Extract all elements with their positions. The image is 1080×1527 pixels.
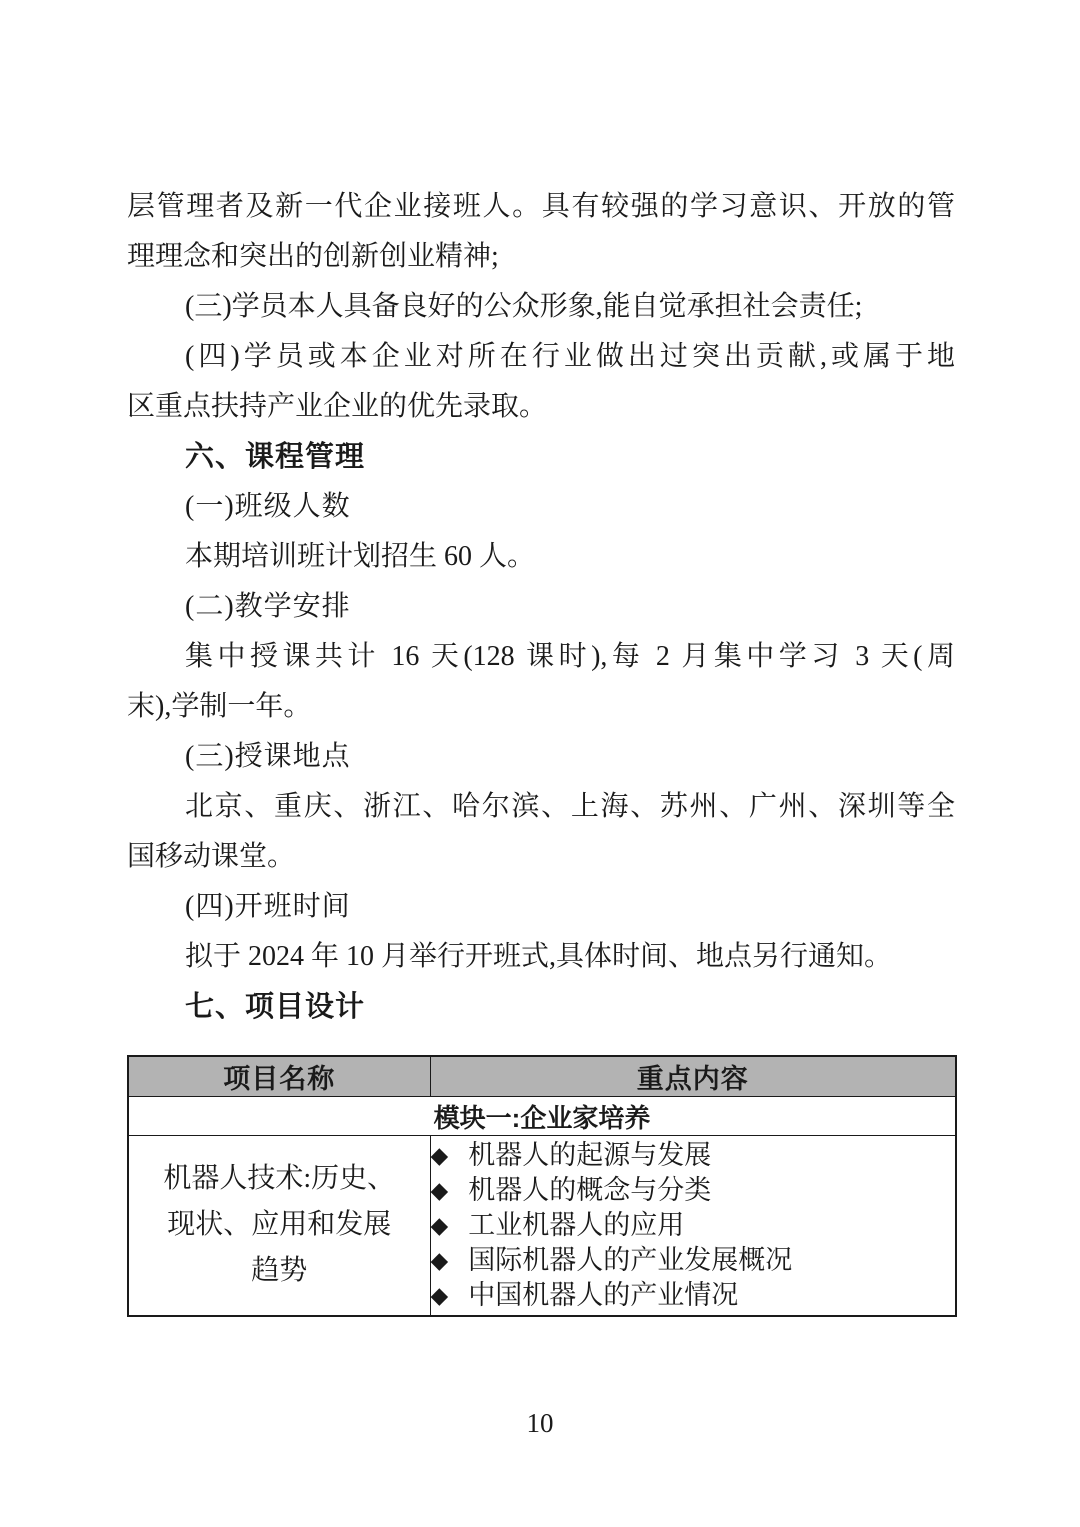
project-name-line: 机器人技术:历史、 [129,1156,430,1202]
table-header-row: 项目名称 重点内容 [128,1056,956,1097]
table-module-row: 模块一:企业家培养 [128,1097,956,1136]
subsection-heading-3: (三)授课地点 [127,732,955,782]
key-content-cell: ◆ 机器人的起源与发展 ◆ 机器人的概念与分类 ◆ 工业机器人的应用 ◆ 国际机… [430,1136,956,1316]
diamond-bullet-icon: ◆ [431,1249,449,1272]
bullet-item-text: 工业机器人的应用 [468,1208,684,1243]
page-number: 10 [0,1408,1080,1439]
table-header-key-content: 重点内容 [430,1056,956,1097]
paragraph-line: 理理念和突出的创新创业精神; [127,232,955,282]
paragraph-line: 层管理者及新一代企业接班人。具有较强的学习意识、开放的管 [127,182,955,232]
document-body: 层管理者及新一代企业接班人。具有较强的学习意识、开放的管 理理念和突出的创新创业… [127,182,955,1032]
table-header-project-name: 项目名称 [128,1056,430,1097]
paragraph-line: 本期培训班计划招生 60 人。 [127,532,955,582]
bullet-item-text: 中国机器人的产业情况 [468,1278,738,1313]
bullet-item: ◆ 机器人的起源与发展 [431,1138,956,1173]
paragraph-line: 拟于 2024 年 10 月举行开班式,具体时间、地点另行通知。 [127,932,955,982]
bullet-item: ◆ 中国机器人的产业情况 [431,1278,956,1313]
bullet-item: ◆ 工业机器人的应用 [431,1208,956,1243]
subsection-heading-1: (一)班级人数 [127,482,955,532]
subsection-heading-4: (四)开班时间 [127,882,955,932]
paragraph-line: 集中授课共计 16 天(128 课时),每 2 月集中学习 3 天(周 [127,632,955,682]
section-heading-7: 七、项目设计 [127,982,955,1032]
bullet-item-text: 机器人的概念与分类 [468,1173,711,1208]
bullet-item: ◆ 国际机器人的产业发展概况 [431,1243,956,1278]
paragraph-line: 末),学制一年。 [127,682,955,732]
diamond-bullet-icon: ◆ [431,1214,449,1237]
list-item-3: (三)学员本人具备良好的公众形象,能自觉承担社会责任; [127,282,955,332]
bullet-item-text: 国际机器人的产业发展概况 [468,1243,792,1278]
bullet-item-text: 机器人的起源与发展 [468,1138,711,1173]
bullet-item: ◆ 机器人的概念与分类 [431,1173,956,1208]
diamond-bullet-icon: ◆ [431,1144,449,1167]
diamond-bullet-icon: ◆ [431,1179,449,1202]
list-item-4-line1: (四)学员或本企业对所在行业做出过突出贡献,或属于地 [127,332,955,382]
section-heading-6: 六、课程管理 [127,432,955,482]
project-name-cell: 机器人技术:历史、 现状、应用和发展 趋势 [128,1136,430,1316]
project-name-line: 现状、应用和发展 [129,1202,430,1248]
list-item-4-line2: 区重点扶持产业企业的优先录取。 [127,382,955,432]
paragraph-line: 北京、重庆、浙江、哈尔滨、上海、苏州、广州、深圳等全 [127,782,955,832]
document-page: 层管理者及新一代企业接班人。具有较强的学习意识、开放的管 理理念和突出的创新创业… [0,0,1080,1527]
subsection-heading-2: (二)教学安排 [127,582,955,632]
project-name-line: 趋势 [129,1248,430,1294]
project-design-table: 项目名称 重点内容 模块一:企业家培养 机器人技术:历史、 现状、应用和发展 趋… [127,1055,957,1317]
module-title: 模块一:企业家培养 [128,1097,956,1136]
diamond-bullet-icon: ◆ [431,1284,449,1307]
paragraph-line: 国移动课堂。 [127,832,955,882]
table-row: 机器人技术:历史、 现状、应用和发展 趋势 ◆ 机器人的起源与发展 ◆ 机器人的… [128,1136,956,1316]
